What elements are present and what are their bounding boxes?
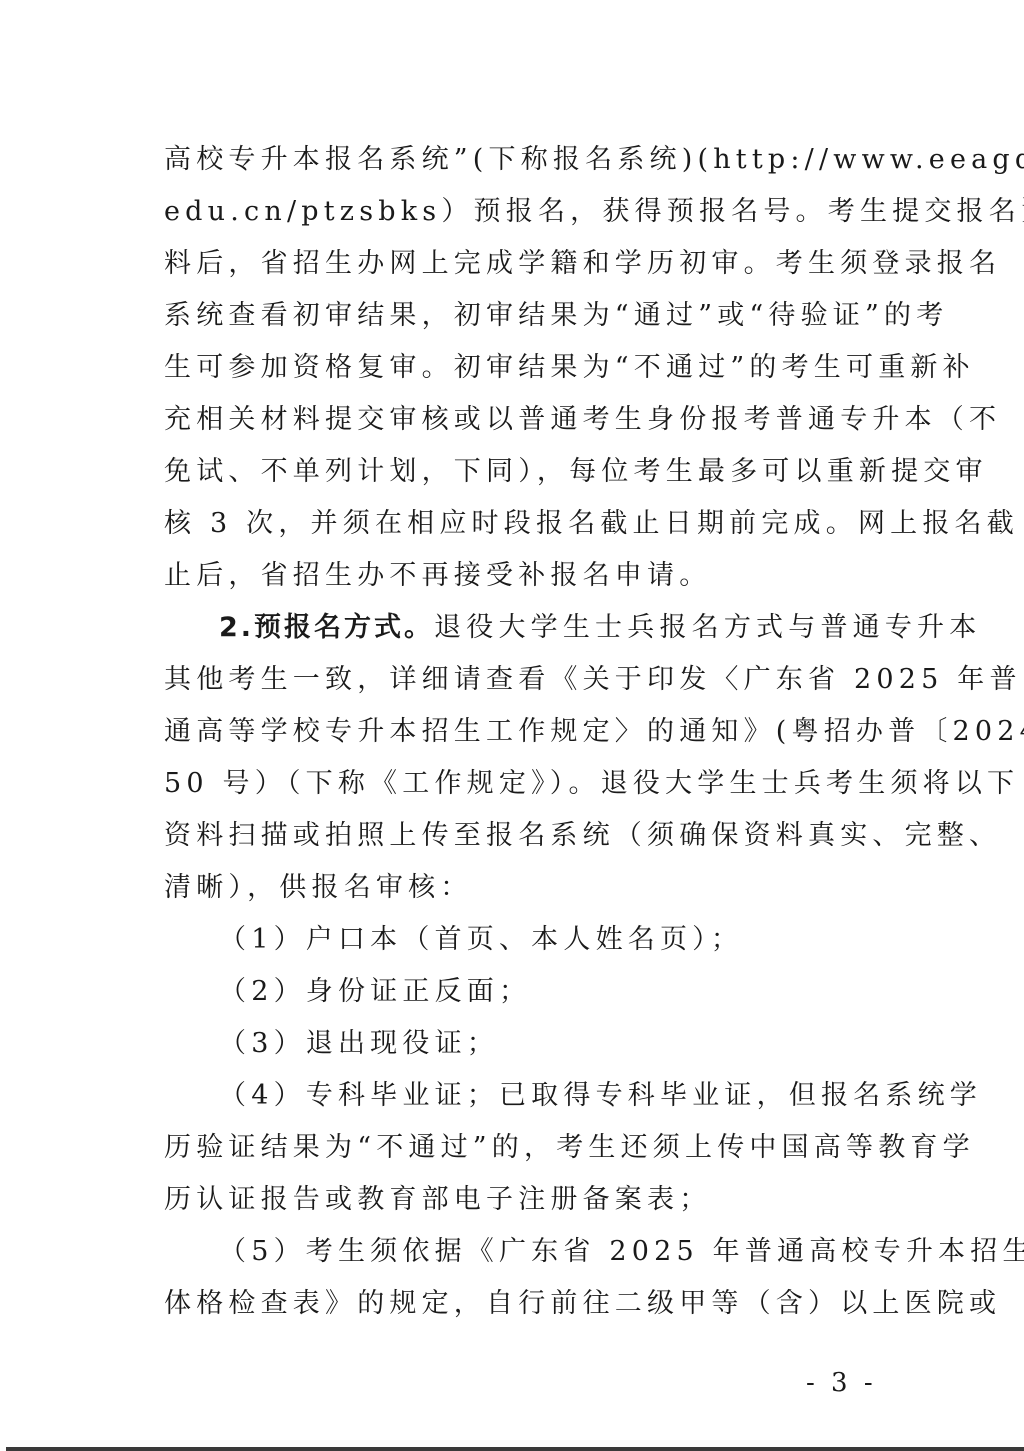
list-item-4: （4）专科毕业证；已取得专科毕业证，但报名系统学 [164, 1076, 874, 1128]
list-item-4-cont: 历认证报告或教育部电子注册备案表； [164, 1180, 874, 1232]
paragraph-line: 清晰），供报名审核： [164, 868, 874, 920]
list-item-2: （2）身份证正反面； [164, 972, 874, 1024]
list-item-1: （1）户口本（首页、本人姓名页）； [164, 920, 874, 972]
paragraph-line: 50 号）（下称《工作规定》）。退役大学生士兵考生须将以下 [164, 764, 874, 816]
list-item-3: （3）退出现役证； [164, 1024, 874, 1076]
list-item-5-cont: 体格检查表》的规定，自行前往二级甲等（含）以上医院或 [164, 1284, 874, 1336]
paragraph-line: 高校专升本报名系统”(下称报名系统)(http://www.eeagd. [164, 140, 874, 192]
paragraph-line: 料后，省招生办网上完成学籍和学历初审。考生须登录报名 [164, 244, 874, 296]
list-item-4-cont: 历验证结果为“不通过”的，考生还须上传中国高等教育学 [164, 1128, 874, 1180]
list-item-5: （5）考生须依据《广东省 2025 年普通高校专升本招生 [164, 1232, 874, 1284]
section-2-text: 退役大学生士兵报名方式与普通专升本 [434, 612, 981, 643]
section-2-first-line: 2.预报名方式。退役大学生士兵报名方式与普通专升本 [164, 608, 874, 660]
paragraph-line: 核 3 次，并须在相应时段报名截止日期前完成。网上报名截 [164, 504, 874, 556]
paragraph-line: 止后，省招生办不再接受补报名申请。 [164, 556, 874, 608]
page-number: - 3 - [806, 1368, 877, 1398]
paragraph-line: 生可参加资格复审。初审结果为“不通过”的考生可重新补 [164, 348, 874, 400]
paragraph-line: 资料扫描或拍照上传至报名系统（须确保资料真实、完整、 [164, 816, 874, 868]
paragraph-line: edu.cn/ptzsbks）预报名，获得预报名号。考生提交报名资 [164, 192, 874, 244]
section-2-heading: 2.预报名方式。 [219, 612, 434, 643]
paragraph-line: 免试、不单列计划，下同），每位考生最多可以重新提交审 [164, 452, 874, 504]
paragraph-line: 其他考生一致，详细请查看《关于印发〈广东省 2025 年普 [164, 660, 874, 712]
document-body: 高校专升本报名系统”(下称报名系统)(http://www.eeagd. edu… [164, 140, 874, 1336]
paragraph-line: 通高等学校专升本招生工作规定〉的通知》(粤招办普〔2024〕 [164, 712, 874, 764]
paragraph-line: 充相关材料提交审核或以普通考生身份报考普通专升本（不 [164, 400, 874, 452]
paragraph-line: 系统查看初审结果，初审结果为“通过”或“待验证”的考 [164, 296, 874, 348]
scan-edge-divider [6, 1447, 1024, 1451]
